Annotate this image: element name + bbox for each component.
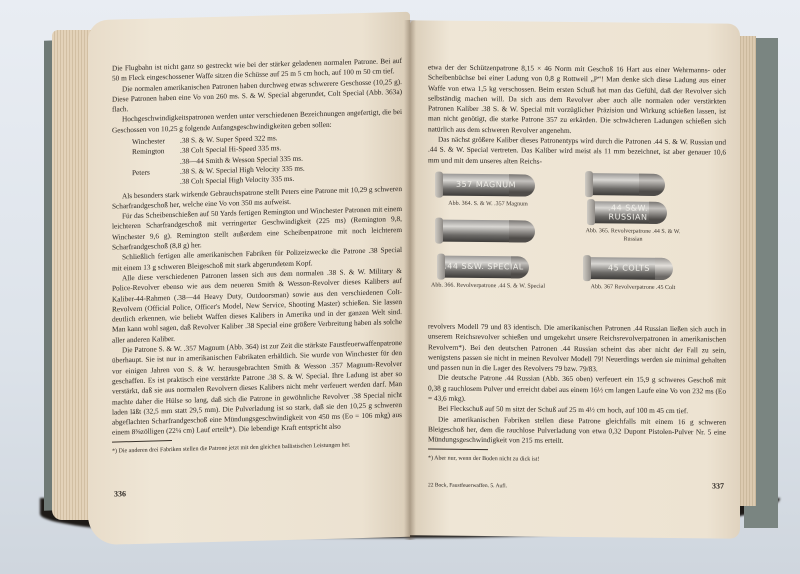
paragraph: Die amerikanischen Fabriken stellen dies… [428,414,726,448]
cartridge-44-special-image: .44 S&W. SPECIAL [440,256,528,279]
paragraph: revolvers Modell 79 und 83 identisch. Di… [428,321,726,376]
paragraph: Das nächst größere Kaliber dieses Patron… [428,135,726,169]
cartridge: .38 Colt Special High Velocity 335 ms. [180,174,294,187]
velocity-table: Winchester.38 S. & W. Super Speed 322 ms… [132,130,402,189]
cartridge-45-colt-image: 45 COLTS [586,257,672,280]
paragraph: Die deutsche Patrone .44 Russian (Abb. 3… [428,373,726,407]
figure-caption: Abb. 366. Revolverpatrone .44 S. & W. Sp… [428,281,548,290]
cartridge-44-russian-image: .44 S&W. RUSSIAN [590,201,666,224]
maker [132,177,180,189]
paragraph: etwa der der Schützenpatrone 8,15 × 46 N… [428,62,726,137]
printer-signature: 22 Bock, Faustfeuerwaffen. 5. Aufl. [428,482,507,489]
right-page: etwa der der Schützenpatrone 8,15 × 46 N… [410,20,740,538]
right-page-body: etwa der der Schützenpatrone 8,15 × 46 N… [428,62,726,465]
book-gutter [404,20,416,540]
footnote-rule [112,440,172,443]
page-number: 337 [712,481,724,490]
footnote-rule [428,448,488,450]
figure-caption: Abb. 365. Revolverpatrone .44 S. & W. Ru… [578,227,688,244]
cartridge-357-magnum-image: 357 MAGNUM [438,174,534,197]
figure-caption: Abb. 367 Revolverpatrone .45 Colt [578,283,688,292]
cartridge-figures: 357 MAGNUM Abb. 364. S. & W. .357 Magnum… [428,169,726,318]
paragraph: Die Patrone S. & W. .357 Magnum (Abb. 36… [112,338,402,438]
footnote: *) Aber nur, wenn der Boden nicht zu dic… [428,452,726,465]
left-page-body: Die Flugbahn ist nicht ganz so gestreckt… [112,56,402,455]
left-page: Die Flugbahn ist nicht ganz so gestreckt… [88,12,410,545]
figure-caption: Abb. 364. S. & W. .357 Magnum [428,199,548,208]
cartridge-44-russian-german-image [588,173,664,196]
cartridge-44-special-plain-image [438,220,534,243]
page-number: 336 [114,489,126,498]
paragraph: Alle diese verschiedenen Patronen lassen… [112,266,402,346]
